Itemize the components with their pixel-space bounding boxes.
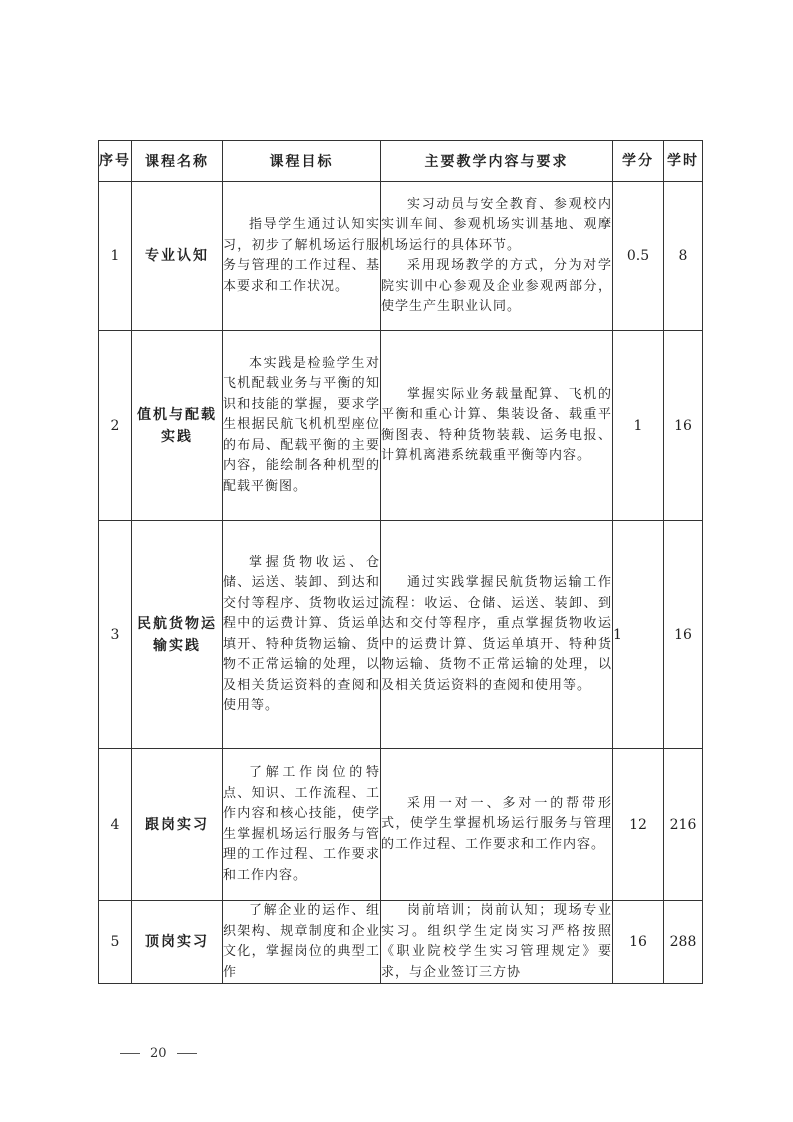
row-course-name: 顶岗实习 [132, 901, 223, 984]
content-paragraph: 采用现场教学的方式，分为对学院实训中心参观及企业参观两部分，使学生产生职业认同。 [381, 256, 612, 318]
row-credits: 1 [613, 521, 664, 749]
row-goal: 了解工作岗位的特点、知识、工作流程、工作内容和核心技能，使学生掌握机场运行服务与… [223, 749, 381, 901]
page-number: 20 [120, 1046, 197, 1061]
header-credits: 学分 [613, 141, 664, 182]
row-credits: 1 [613, 331, 664, 521]
table-row: 2 值机与配载实践 本实践是检验学生对飞机配载业务与平衡的知识和技能的掌握，要求… [99, 331, 703, 521]
header-name: 课程名称 [132, 141, 223, 182]
goal-text: 掌握货物收运、仓储、运送、装卸、到达和交付等程序、货物收运过程中的运费计算、货运… [223, 553, 380, 717]
row-hours: 16 [664, 331, 703, 521]
goal-text: 了解工作岗位的特点、知识、工作流程、工作内容和核心技能，使学生掌握机场运行服务与… [223, 763, 380, 886]
row-course-name: 专业认知 [132, 182, 223, 331]
content-paragraph: 采用一对一、多对一的帮带形式，使学生掌握机场运行服务与管理的工作过程、工作要求和… [381, 794, 612, 856]
content-paragraph: 通过实践掌握民航货物运输工作流程：收运、仓储、运送、装卸、到达和交付等程序，重点… [381, 573, 612, 696]
table-header-row: 序号 课程名称 课程目标 主要教学内容与要求 学分 学时 [99, 141, 703, 182]
row-seq: 2 [99, 331, 132, 521]
row-hours: 216 [664, 749, 703, 901]
row-seq: 4 [99, 749, 132, 901]
row-content: 岗前培训；岗前认知；现场专业实习。组织学生定岗实习严格按照《职业院校学生实习管理… [381, 901, 613, 984]
course-table: 序号 课程名称 课程目标 主要教学内容与要求 学分 学时 1 专业认知 指导学生… [98, 140, 703, 984]
content-paragraph: 岗前培训；岗前认知；现场专业实习。组织学生定岗实习严格按照《职业院校学生实习管理… [381, 901, 612, 983]
table-row: 5 顶岗实习 了解企业的运作、组织架构、规章制度和企业文化，掌握岗位的典型工作 … [99, 901, 703, 984]
table-row: 1 专业认知 指导学生通过认知实习，初步了解机场运行服务与管理的工作过程、基本要… [99, 182, 703, 331]
row-hours: 8 [664, 182, 703, 331]
goal-text: 了解企业的运作、组织架构、规章制度和企业文化，掌握岗位的典型工作 [223, 901, 380, 983]
row-hours: 288 [664, 901, 703, 984]
row-seq: 3 [99, 521, 132, 749]
row-course-name: 民航货物运输实践 [132, 521, 223, 749]
row-content: 采用一对一、多对一的帮带形式，使学生掌握机场运行服务与管理的工作过程、工作要求和… [381, 749, 613, 901]
row-content: 通过实践掌握民航货物运输工作流程：收运、仓储、运送、装卸、到达和交付等程序，重点… [381, 521, 613, 749]
page-number-text: 20 [150, 1046, 167, 1061]
row-goal: 掌握货物收运、仓储、运送、装卸、到达和交付等程序、货物收运过程中的运费计算、货运… [223, 521, 381, 749]
content-paragraph: 实习动员与安全教育、参观校内实训车间、参观机场实训基地、观摩机场运行的具体环节。 [381, 195, 612, 257]
row-seq: 1 [99, 182, 132, 331]
header-content: 主要教学内容与要求 [381, 141, 613, 182]
row-goal: 本实践是检验学生对飞机配载业务与平衡的知识和技能的掌握，要求学生根据民航飞机机型… [223, 331, 381, 521]
row-seq: 5 [99, 901, 132, 984]
row-content: 掌握实际业务载量配算、飞机的平衡和重心计算、集装设备、载重平衡图表、特种货物装载… [381, 331, 613, 521]
goal-text: 本实践是检验学生对飞机配载业务与平衡的知识和技能的掌握，要求学生根据民航飞机机型… [223, 354, 380, 498]
row-content: 实习动员与安全教育、参观校内实训车间、参观机场实训基地、观摩机场运行的具体环节。… [381, 182, 613, 331]
goal-text: 指导学生通过认知实习，初步了解机场运行服务与管理的工作过程、基本要求和工作状况。 [223, 215, 380, 297]
row-course-name: 值机与配载实践 [132, 331, 223, 521]
row-hours: 16 [664, 521, 703, 749]
row-credits: 16 [613, 901, 664, 984]
row-goal: 指导学生通过认知实习，初步了解机场运行服务与管理的工作过程、基本要求和工作状况。 [223, 182, 381, 331]
row-credits: 0.5 [613, 182, 664, 331]
header-goal: 课程目标 [223, 141, 381, 182]
table-row: 3 民航货物运输实践 掌握货物收运、仓储、运送、装卸、到达和交付等程序、货物收运… [99, 521, 703, 749]
content-paragraph: 掌握实际业务载量配算、飞机的平衡和重心计算、集装设备、载重平衡图表、特种货物装载… [381, 385, 612, 467]
header-hours: 学时 [664, 141, 703, 182]
row-credits: 12 [613, 749, 664, 901]
dash-left [120, 1053, 140, 1054]
dash-right [177, 1053, 197, 1054]
row-course-name: 跟岗实习 [132, 749, 223, 901]
header-seq: 序号 [99, 141, 132, 182]
row-goal: 了解企业的运作、组织架构、规章制度和企业文化，掌握岗位的典型工作 [223, 901, 381, 984]
table-row: 4 跟岗实习 了解工作岗位的特点、知识、工作流程、工作内容和核心技能，使学生掌握… [99, 749, 703, 901]
